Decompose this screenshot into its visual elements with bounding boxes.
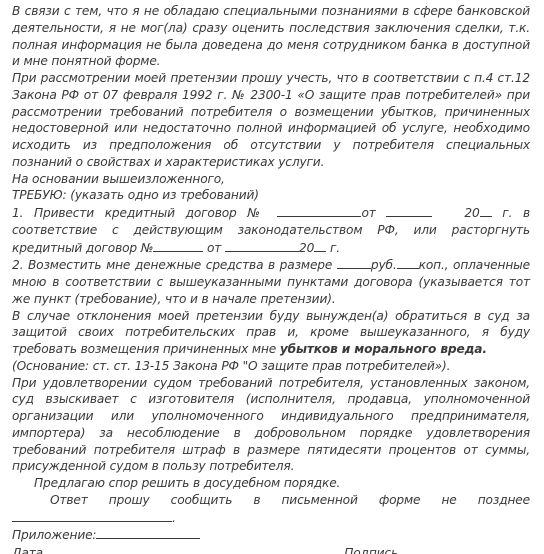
intro-paragraph: В связи с тем, что я не обладаю специаль…: [12, 3, 530, 70]
demand-item-2: 2. Возместить мне денежные средства в ра…: [12, 256, 530, 307]
date-signature-row: Дата Подпись: [12, 544, 530, 554]
contract-date-field[interactable]: [386, 204, 432, 217]
signature-label: Подпись: [344, 546, 398, 554]
amount-kop-field[interactable]: [397, 256, 419, 269]
attachment-line: Приложение:: [12, 526, 530, 544]
court-end: .: [482, 342, 486, 356]
item1-year-suffix: г. в: [502, 206, 530, 220]
item1-from-label-2: от: [207, 241, 221, 255]
basis-line: На основании вышеизложенного,: [12, 171, 530, 188]
attachment-label: Приложение:: [12, 528, 96, 542]
reply-deadline-line: .: [12, 509, 530, 527]
demand-heading: ТРЕБУЮ: (указать одно из требований): [12, 187, 530, 204]
item2-text-a: 2. Возместить мне денежные средства в ра…: [12, 258, 332, 272]
signature-field[interactable]: [398, 544, 502, 554]
fine-paragraph: При удовлетворении судом требований потр…: [12, 375, 530, 476]
contract-year-field[interactable]: [480, 204, 492, 217]
contract-date-field-2[interactable]: [225, 239, 299, 252]
date-block: Дата: [12, 544, 165, 554]
damages-emphasis: убытков и морального вреда: [280, 342, 482, 356]
date-field[interactable]: [43, 544, 165, 554]
contract-number-field-2[interactable]: [153, 239, 203, 252]
consideration-paragraph: При рассмотрении моей претензии прошу уч…: [12, 70, 530, 171]
kop-label: коп.,: [419, 258, 449, 272]
reply-end: .: [172, 511, 176, 525]
contract-year-field-2[interactable]: [314, 239, 326, 252]
claim-document: В связи с тем, что я не обладаю специаль…: [0, 0, 542, 554]
amount-rub-field[interactable]: [337, 256, 371, 269]
item1-year-prefix: 20: [464, 206, 479, 220]
grounds-line: (Основание: ст. ст. 13-15 Закона РФ "О з…: [12, 358, 530, 375]
item1-text-a: 1. Привести кредитный договор №: [12, 206, 267, 220]
court-paragraph: В случае отклонения моей претензии буду …: [12, 308, 530, 358]
rub-label: руб.: [371, 258, 397, 272]
reply-line: Ответ прошу сообщить в письменной форме …: [12, 492, 530, 509]
signature-block: Подпись: [344, 544, 502, 554]
attachment-field[interactable]: [96, 526, 200, 539]
item1-from-label: от: [361, 206, 375, 220]
item1-year-prefix-2: 20: [299, 241, 314, 255]
pretrial-line: Предлагаю спор решить в досудебном поряд…: [12, 475, 530, 492]
contract-number-field[interactable]: [277, 204, 361, 217]
item1-year-suffix-2: г.: [330, 241, 340, 255]
demand-item-1: 1. Привести кредитный договор № от 20 г.…: [12, 204, 530, 256]
reply-deadline-field[interactable]: [12, 509, 172, 522]
date-label: Дата: [12, 546, 43, 554]
